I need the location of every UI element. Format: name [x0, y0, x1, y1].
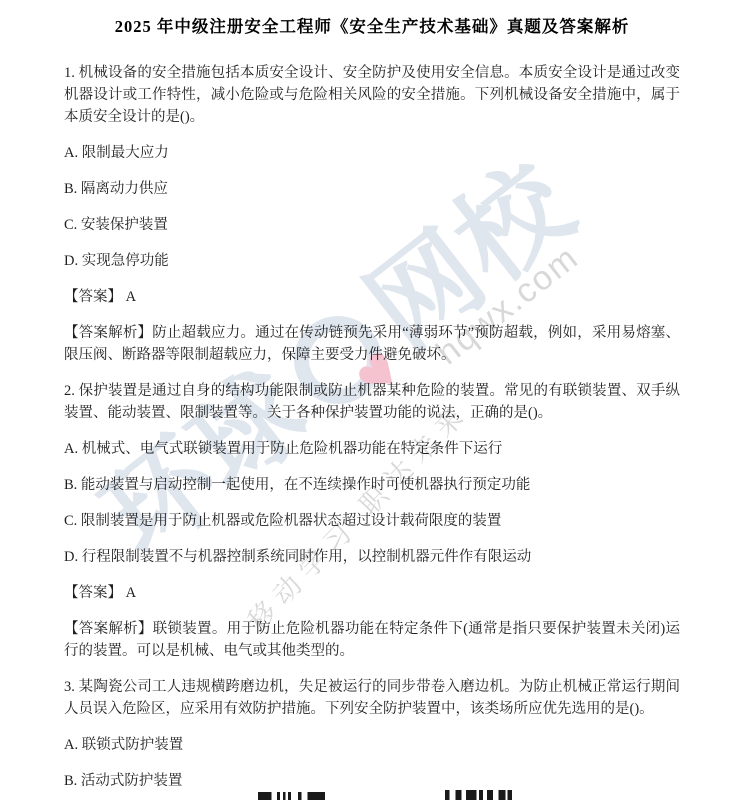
document-body: 1. 机械设备的安全措施包括本质安全设计、安全防护及使用安全信息。本质安全设计是…: [64, 62, 680, 792]
document-content: 2025 年中级注册安全工程师《安全生产技术基础》真题及答案解析 1. 机械设备…: [0, 0, 744, 800]
page-title: 2025 年中级注册安全工程师《安全生产技术基础》真题及答案解析: [64, 16, 680, 38]
option-text: D. 行程限制装置不与机器控制系统同时作用，以控制机器元件作有限运动: [64, 546, 680, 568]
option-text: A. 联锁式防护装置: [64, 734, 680, 756]
analysis-text: 【答案解析】防止超载应力。通过在传动链预先采用“薄弱环节”预防超载，例如，采用易…: [64, 322, 680, 366]
question-text: 1. 机械设备的安全措施包括本质安全设计、安全防护及使用安全信息。本质安全设计是…: [64, 62, 680, 128]
option-text: A. 机械式、电气式联锁装置用于防止危险机器功能在特定条件下运行: [64, 438, 680, 460]
option-text: A. 限制最大应力: [64, 142, 680, 164]
option-text: B. 隔离动力供应: [64, 178, 680, 200]
analysis-text: 【答案解析】联锁装置。用于防止危险机器功能在特定条件下(通常是指只要保护装置未关…: [64, 618, 680, 662]
qr-code-left-partial: [258, 792, 325, 800]
option-text: C. 安装保护装置: [64, 214, 680, 236]
question-text: 3. 某陶瓷公司工人违规横跨磨边机，失足被运行的同步带卷入磨边机。为防止机械正常…: [64, 676, 680, 720]
option-text: B. 活动式防护装置: [64, 770, 680, 792]
document-page: 环球 ♥ 网校 hqwx.com 移动学习 职达未来 2025 年中级注册安全工…: [0, 0, 744, 800]
option-text: D. 实现急停功能: [64, 250, 680, 272]
qr-code-right-partial: [445, 790, 512, 800]
question-text: 2. 保护装置是通过自身的结构功能限制或防止机器某种危险的装置。常见的有联锁装置…: [64, 380, 680, 424]
answer-text: 【答案】 A: [64, 582, 680, 604]
option-text: B. 能动装置与启动控制一起使用，在不连续操作时可使机器执行预定功能: [64, 474, 680, 496]
answer-text: 【答案】 A: [64, 286, 680, 308]
option-text: C. 限制装置是用于防止机器或危险机器状态超过设计载荷限度的装置: [64, 510, 680, 532]
